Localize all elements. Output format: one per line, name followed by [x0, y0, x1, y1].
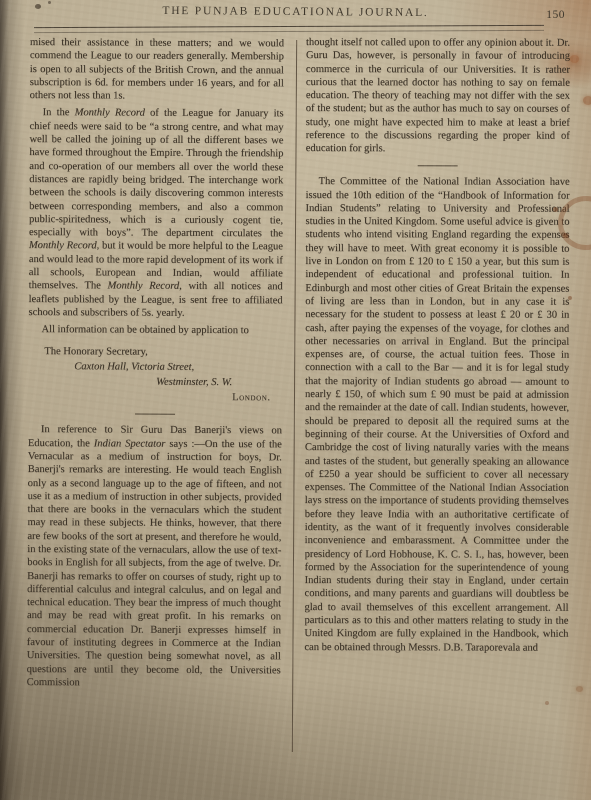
page-number: 150: [546, 9, 565, 21]
continuation-paragraph: mised their assistance in these matters;…: [30, 36, 284, 104]
section-divider-rule: [135, 413, 175, 415]
rust-stain: [583, 96, 591, 105]
rust-stain: [545, 701, 549, 705]
text-columns: mised their assistance in these matters;…: [30, 36, 570, 689]
rust-stain: [570, 55, 579, 63]
header-rule: [34, 25, 544, 33]
opinion-paragraph: thought itself not called upon to offer …: [306, 36, 570, 156]
page-title: THE PUNJAB EDUCATIONAL JOURNAL.: [0, 4, 591, 21]
handbook-paragraph: The Committee of the National Indian Ass…: [304, 175, 569, 654]
right-column: thought itself not called upon to offer …: [304, 36, 570, 690]
address-line-secretary: The Honorary Secretary,: [44, 345, 282, 360]
information-paragraph: All information can be obtained by appli…: [28, 323, 282, 338]
banerji-paragraph: In reference to Sir Guru Das Banerji's v…: [27, 423, 282, 690]
address-line-city: London.: [232, 391, 282, 405]
monthly-record-paragraph: In the Monthly Record of the League for …: [29, 106, 284, 320]
address-line-street: Caxton Hall, Victoria Street,: [74, 360, 282, 374]
address-line-district: Westminster, S. W.: [156, 376, 282, 390]
rust-stain: [576, 686, 583, 692]
scanned-journal-page: THE PUNJAB EDUCATIONAL JOURNAL. 150 mise…: [0, 0, 591, 800]
section-divider-rule: [418, 165, 458, 167]
left-column: mised their assistance in these matters;…: [27, 36, 284, 691]
